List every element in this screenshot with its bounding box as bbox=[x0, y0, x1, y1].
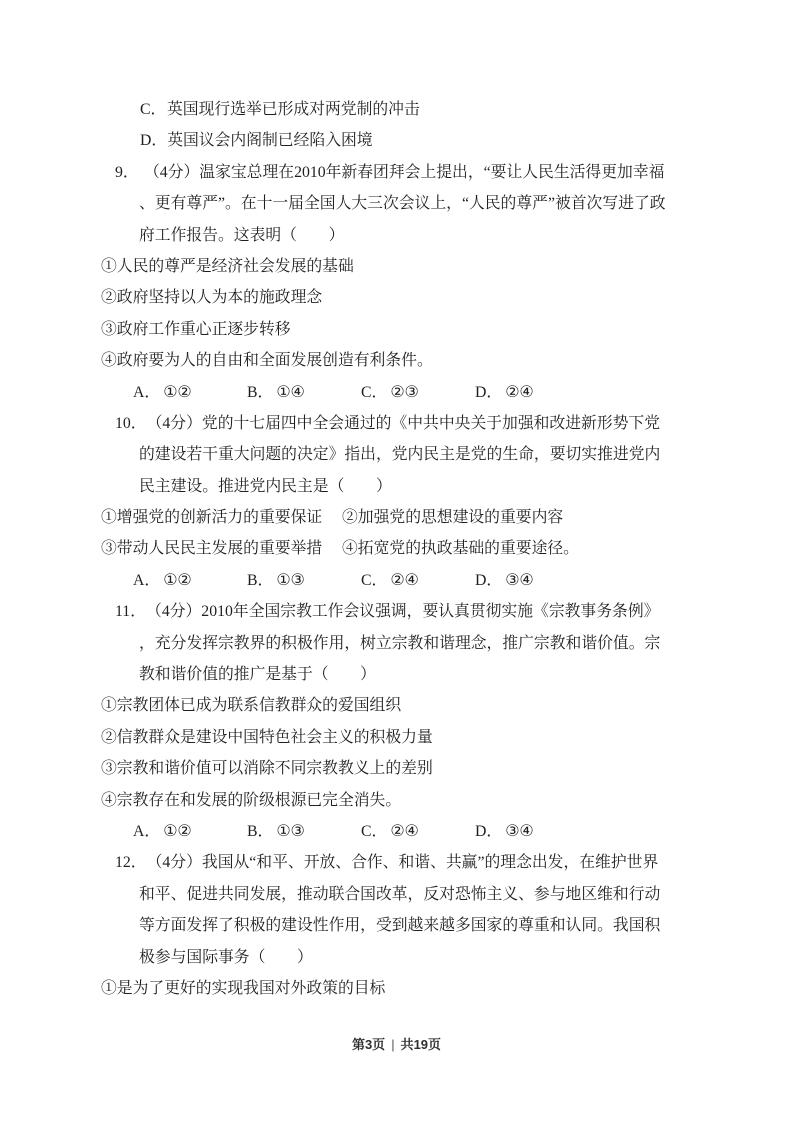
q10-item-2: ②加强党的思想建设的重要内容 bbox=[342, 509, 563, 526]
page-footer: 第3页|共19页 bbox=[0, 1034, 793, 1053]
choice-label: A． bbox=[133, 572, 160, 589]
choice-label: A． bbox=[133, 823, 160, 840]
q11-choices: A．①②B．①③C．②④D．③④ bbox=[0, 816, 793, 847]
exam-document-page: C．英国现行选举已形成对两党制的冲击 D．英国议会内阁制已经陷入困境 9．（4分… bbox=[0, 0, 793, 1122]
question-number: 12． bbox=[115, 847, 147, 878]
option-text: 英国议会内阁制已经陷入困境 bbox=[167, 132, 372, 149]
choice-label: C． bbox=[361, 823, 387, 840]
footer-total-pages: 共19页 bbox=[401, 1037, 441, 1052]
footer-page-number: 第3页 bbox=[352, 1037, 385, 1052]
q11-stem-line-2: ，充分发挥宗教界的积极作用，树立宗教和谐理念，推广宗教和谐价值。宗 bbox=[0, 628, 793, 659]
q9-item-4: ④政府要为人的自由和全面发展创造有利条件。 bbox=[0, 345, 793, 376]
q9-stem-line-3: 府工作报告。这表明（ ） bbox=[0, 220, 793, 251]
choice-label: C． bbox=[361, 572, 387, 589]
choice-d: D．③④ bbox=[475, 816, 534, 847]
q11-stem-line-3: 教和谐价值的推广是基于（ ） bbox=[0, 659, 793, 690]
choice-a: A．①② bbox=[133, 816, 247, 847]
exam-content: C．英国现行选举已形成对两党制的冲击 D．英国议会内阁制已经陷入困境 9．（4分… bbox=[0, 94, 793, 1004]
q9-item-2: ②政府坚持以人为本的施政理念 bbox=[0, 282, 793, 313]
q9-stem-line-2: 、更有尊严”。在十一届全国人大三次会议上，“人民的尊严”被首次写进了政 bbox=[0, 188, 793, 219]
q10-stem-line-1: 10．（4分）党的十七届四中全会通过的《中共中央关于加强和改进新形势下党 bbox=[0, 408, 793, 439]
choice-label: B． bbox=[247, 823, 273, 840]
choice-value: ①② bbox=[163, 823, 191, 840]
choice-label: D． bbox=[475, 572, 502, 589]
choice-value: ①② bbox=[163, 572, 191, 589]
choice-value: ③④ bbox=[505, 823, 533, 840]
choice-a: A．①② bbox=[133, 565, 247, 596]
option-text: 英国现行选举已形成对两党制的冲击 bbox=[167, 101, 420, 118]
q12-stem-line-2: 和平、促进共同发展，推动联合国改革，反对恐怖主义、参与地区维和行动 bbox=[0, 879, 793, 910]
q12-stem-line-4: 极参与国际事务（ ） bbox=[0, 942, 793, 973]
choice-label: A． bbox=[133, 384, 160, 401]
stem-text: （4分）温家宝总理在2010年新春团拜会上提出，“要让人民生活得更加幸福 bbox=[144, 164, 664, 181]
q9-choices: A．①②B．①④C．②③D．②④ bbox=[0, 377, 793, 408]
choice-label: D． bbox=[475, 384, 502, 401]
q8-option-c: C．英国现行选举已形成对两党制的冲击 bbox=[0, 94, 793, 125]
choice-value: ①② bbox=[163, 384, 191, 401]
question-number: 9． bbox=[115, 157, 144, 188]
footer-separator: | bbox=[391, 1037, 394, 1052]
choice-label: C． bbox=[361, 384, 387, 401]
q11-item-2: ②信教群众是建设中国特色社会主义的积极力量 bbox=[0, 722, 793, 753]
choice-value: ①③ bbox=[276, 823, 304, 840]
stem-text: （4分）2010年全国宗教工作会议强调，要认真贯彻实施《宗教事务条例》 bbox=[146, 603, 659, 620]
q10-stem-line-3: 民主建设。推进党内民主是（ ） bbox=[0, 471, 793, 502]
q10-item-row-1: ①增强党的创新活力的重要保证②加强党的思想建设的重要内容 bbox=[0, 502, 793, 533]
choice-b: B．①④ bbox=[247, 377, 361, 408]
choice-c: C．②④ bbox=[361, 816, 475, 847]
q10-item-3: ③带动人民民主发展的重要举措 bbox=[101, 533, 342, 564]
choice-value: ②④ bbox=[505, 384, 533, 401]
choice-label: D． bbox=[475, 823, 502, 840]
q9-item-3: ③政府工作重心正逐步转移 bbox=[0, 314, 793, 345]
choice-value: ②④ bbox=[390, 823, 418, 840]
choice-value: ②④ bbox=[390, 572, 418, 589]
q8-option-d: D．英国议会内阁制已经陷入困境 bbox=[0, 125, 793, 156]
choice-value: ③④ bbox=[505, 572, 533, 589]
stem-text: （4分）党的十七届四中全会通过的《中共中央关于加强和改进新形势下党 bbox=[147, 415, 660, 432]
q11-item-4: ④宗教存在和发展的阶级根源已完全消失。 bbox=[0, 785, 793, 816]
choice-b: B．①③ bbox=[247, 816, 361, 847]
choice-d: D．③④ bbox=[475, 565, 534, 596]
option-label: D． bbox=[140, 125, 167, 156]
q12-stem-line-1: 12．（4分）我国从“和平、开放、合作、和谐、共赢”的理念出发，在维护世界 bbox=[0, 847, 793, 878]
q9-stem-line-1: 9．（4分）温家宝总理在2010年新春团拜会上提出，“要让人民生活得更加幸福 bbox=[0, 157, 793, 188]
choice-value: ①③ bbox=[276, 572, 304, 589]
q11-item-1: ①宗教团体已成为联系信教群众的爱国组织 bbox=[0, 690, 793, 721]
option-label: C． bbox=[140, 94, 167, 125]
q10-item-4: ④拓宽党的执政基础的重要途径。 bbox=[342, 540, 579, 557]
choice-a: A．①② bbox=[133, 377, 247, 408]
question-number: 10． bbox=[115, 408, 147, 439]
q12-item-1: ①是为了更好的实现我国对外政策的目标 bbox=[0, 973, 793, 1004]
choice-c: C．②③ bbox=[361, 377, 475, 408]
choice-label: B． bbox=[247, 572, 273, 589]
choice-value: ①④ bbox=[276, 384, 304, 401]
q9-item-1: ①人民的尊严是经济社会发展的基础 bbox=[0, 251, 793, 282]
q10-choices: A．①②B．①③C．②④D．③④ bbox=[0, 565, 793, 596]
q10-item-1: ①增强党的创新活力的重要保证 bbox=[101, 502, 342, 533]
choice-d: D．②④ bbox=[475, 377, 534, 408]
choice-b: B．①③ bbox=[247, 565, 361, 596]
q11-stem-line-1: 11．（4分）2010年全国宗教工作会议强调，要认真贯彻实施《宗教事务条例》 bbox=[0, 596, 793, 627]
question-number: 11． bbox=[115, 596, 146, 627]
q10-item-row-2: ③带动人民民主发展的重要举措④拓宽党的执政基础的重要途径。 bbox=[0, 533, 793, 564]
q11-item-3: ③宗教和谐价值可以消除不同宗教教义上的差别 bbox=[0, 753, 793, 784]
q10-stem-line-2: 的建设若干重大问题的决定》指出，党内民主是党的生命，要切实推进党内 bbox=[0, 439, 793, 470]
choice-c: C．②④ bbox=[361, 565, 475, 596]
stem-text: （4分）我国从“和平、开放、合作、和谐、共赢”的理念出发，在维护世界 bbox=[147, 854, 659, 871]
choice-value: ②③ bbox=[390, 384, 418, 401]
q12-stem-line-3: 等方面发挥了积极的建设性作用，受到越来越多国家的尊重和认同。我国积 bbox=[0, 910, 793, 941]
choice-label: B． bbox=[247, 384, 273, 401]
